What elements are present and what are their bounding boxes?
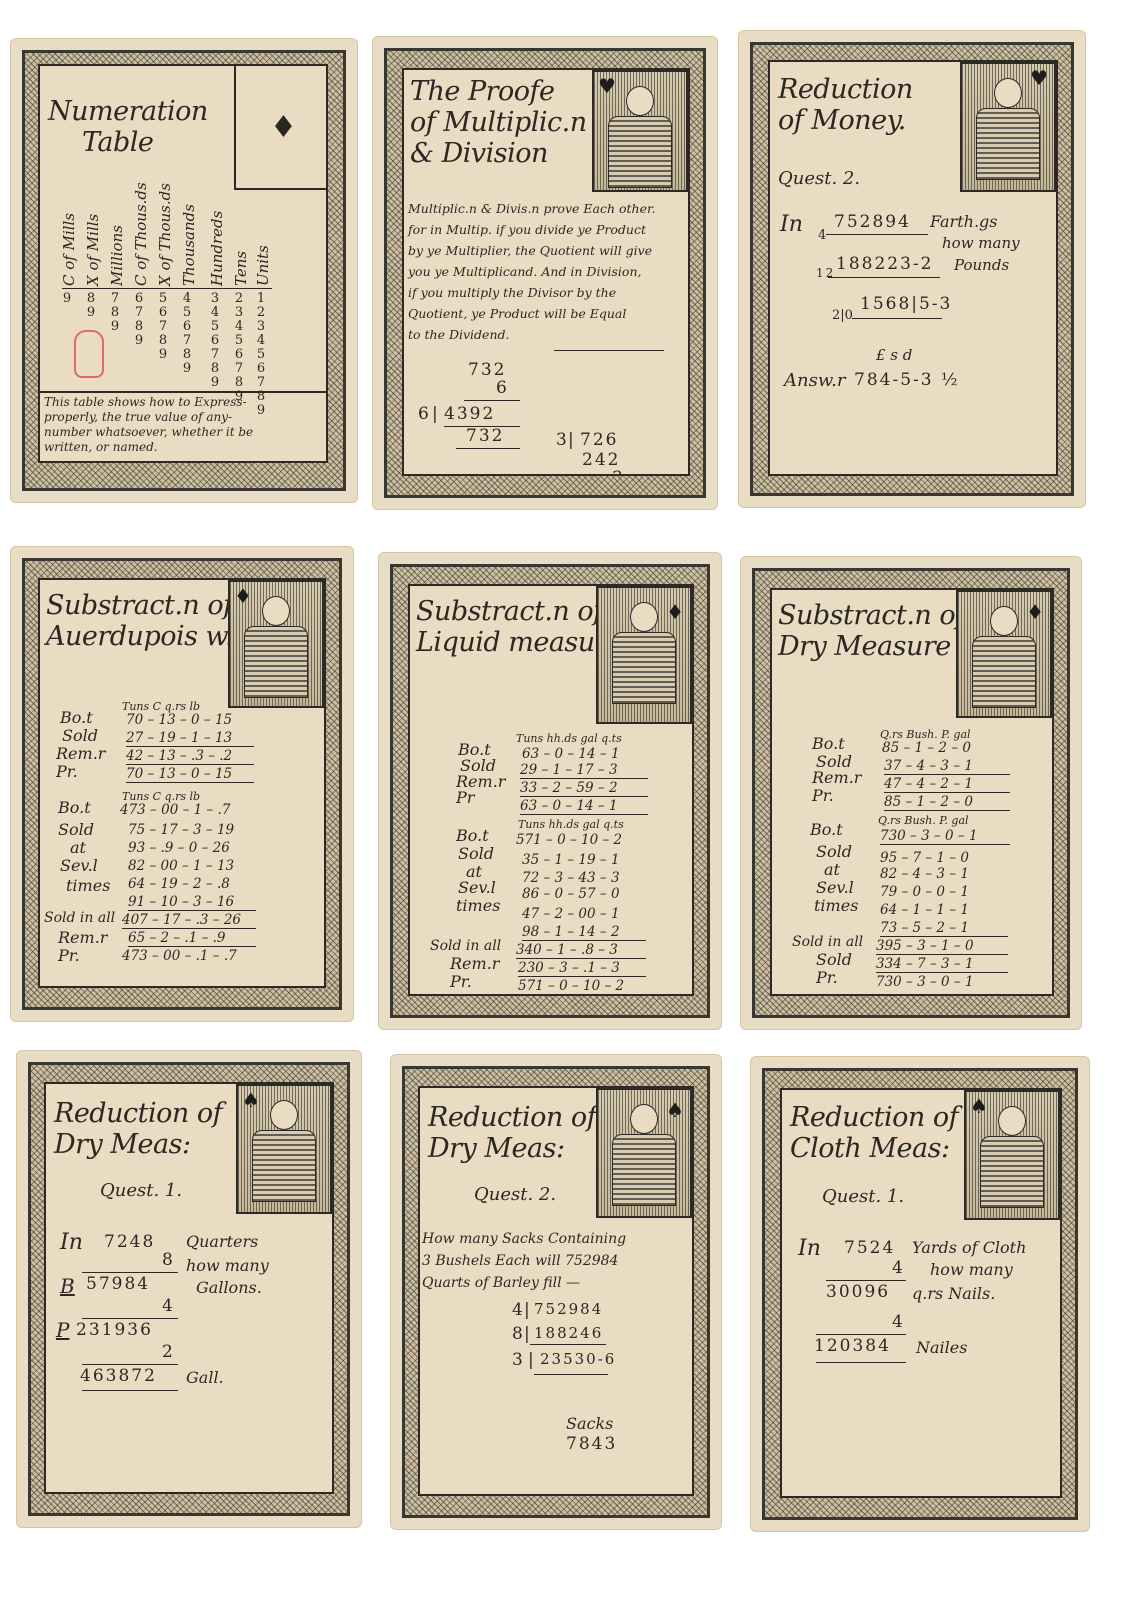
card-proofe-multiplication-division: The Proofe of Multiplic.n & Division ♥ M…	[372, 36, 718, 510]
column-header: Millions	[108, 186, 126, 286]
answer-value: 784-5-3 ½	[854, 370, 959, 390]
card-face: Substract.n of Auerdupois w.t ♦ Tuns C q…	[38, 578, 326, 988]
currency-header: £ s d	[876, 346, 912, 364]
card-face: Substract.n of Dry Measure ♦ Q.rs Bush. …	[770, 588, 1054, 996]
card-title: The Proofe of Multiplic.n & Division	[410, 76, 587, 169]
column-header: Hundreds	[208, 216, 226, 286]
digit-column: 3456789	[208, 292, 222, 390]
footer-note: This table shows how to Express- properl…	[40, 391, 326, 461]
card-reduction-cloth-measure-quest-1: Reduction of Cloth Meas: Quest. 1. ♠ In …	[750, 1056, 1090, 1532]
card-numeration-table: Numeration Table ♦ C of Mills X of Mills…	[10, 38, 358, 503]
digit-column: 789	[108, 292, 122, 334]
diamond-icon: ♦	[234, 586, 252, 606]
king-of-spades-figure: ♠	[236, 1084, 332, 1214]
card-reduction-of-money: Reduction of Money. Quest. 2. ♥ In 4 752…	[738, 30, 1086, 508]
spade-icon: ♠	[666, 1100, 684, 1120]
tax-stamp	[74, 330, 104, 378]
card-face: Reduction of Dry Meas: Quest. 2. ♠ How m…	[418, 1086, 694, 1496]
heart-icon: ♥	[598, 76, 616, 96]
card-substraction-auerdupois: Substract.n of Auerdupois w.t ♦ Tuns C q…	[10, 546, 354, 1022]
queen-of-diamonds-figure: ♦	[596, 586, 692, 724]
answer-label: Answ.r	[784, 370, 845, 391]
diamond-icon: ♦	[270, 110, 297, 145]
card-face: Reduction of Money. Quest. 2. ♥ In 4 752…	[768, 60, 1058, 476]
card-substraction-liquid-measure: Substract.n of Liquid measure ♦ Tuns hh.…	[378, 552, 722, 1030]
card-title: Reduction of Cloth Meas:	[790, 1102, 958, 1164]
column-header: C of Thous.ds	[132, 186, 150, 286]
card-title: Substract.n of Dry Measure	[778, 600, 965, 662]
digit-column: 23456789	[232, 292, 246, 404]
king-of-diamonds-figure: ♦	[228, 580, 324, 708]
digit-column: 6789	[132, 292, 146, 348]
column-header: Tens	[232, 226, 250, 286]
header-rule	[62, 288, 272, 289]
card-face: Reduction of Cloth Meas: Quest. 1. ♠ In …	[780, 1088, 1062, 1498]
column-header: Units	[254, 226, 272, 286]
card-title: Substract.n of Liquid measure	[416, 596, 623, 658]
question-label: Quest. 1.	[100, 1180, 182, 1201]
diamond-icon: ♦	[1026, 602, 1044, 622]
knave-of-diamonds-figure: ♦	[956, 590, 1052, 718]
column-header: C of Mills	[60, 186, 78, 286]
in-label: In	[798, 1236, 821, 1261]
rule	[554, 350, 664, 351]
card-face: Substract.n of Liquid measure ♦ Tuns hh.…	[408, 584, 694, 996]
column-header: Thousands	[180, 186, 198, 286]
queen-of-spades-figure: ♠	[596, 1088, 692, 1218]
explanation-text: Multiplic.n & Divis.n prove Each other. …	[408, 198, 656, 345]
result-label: Sacks	[566, 1414, 613, 1433]
result-value: 7843	[566, 1434, 617, 1454]
question-label: Quest. 2.	[474, 1184, 556, 1205]
diamond-icon: ♦	[666, 602, 684, 622]
knave-of-hearts-figure: ♥	[960, 62, 1056, 192]
card-title: Substract.n of Auerdupois w.t	[46, 590, 243, 652]
card-title: Reduction of Money.	[778, 74, 913, 136]
card-substraction-dry-measure: Substract.n of Dry Measure ♦ Q.rs Bush. …	[740, 556, 1082, 1030]
digit-column: 456789	[180, 292, 194, 376]
suit-box: ♦	[234, 66, 326, 190]
column-header: X of Thous.ds	[156, 186, 174, 286]
digit-column: 56789	[156, 292, 170, 362]
card-face: Numeration Table ♦ C of Mills X of Mills…	[38, 64, 328, 463]
question-text: How many Sacks Containing 3 Bushels Each…	[422, 1228, 626, 1294]
card-reduction-dry-measure-quest-1: Reduction of Dry Meas: Quest. 1. ♠ In 72…	[16, 1050, 362, 1528]
in-label: In	[780, 212, 803, 237]
in-label: In	[60, 1230, 83, 1255]
column-header: X of Mills	[84, 186, 102, 286]
card-title: Numeration Table	[48, 96, 208, 158]
card-face: The Proofe of Multiplic.n & Division ♥ M…	[402, 68, 690, 476]
spade-icon: ♠	[970, 1096, 988, 1116]
spade-icon: ♠	[242, 1090, 260, 1110]
card-title: Reduction of Dry Meas:	[428, 1102, 596, 1164]
card-title: Reduction of Dry Meas:	[54, 1098, 222, 1160]
digit-column: 9	[60, 292, 74, 306]
question-label: Quest. 2.	[778, 168, 860, 189]
question-label: Quest. 1.	[822, 1186, 904, 1207]
card-reduction-dry-measure-quest-2: Reduction of Dry Meas: Quest. 2. ♠ How m…	[390, 1054, 722, 1530]
heart-icon: ♥	[1030, 68, 1048, 88]
digit-column: 89	[84, 292, 98, 320]
card-face: Reduction of Dry Meas: Quest. 1. ♠ In 72…	[44, 1082, 334, 1494]
king-of-hearts-figure: ♥	[592, 70, 688, 192]
knave-of-spades-figure: ♠	[964, 1090, 1060, 1220]
